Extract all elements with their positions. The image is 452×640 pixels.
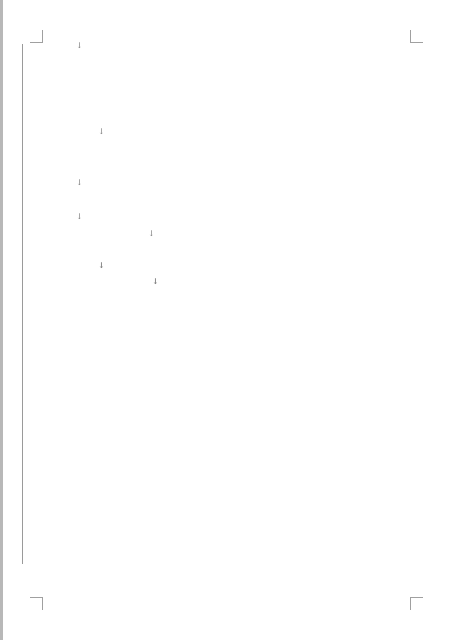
item-seven-line1: ↓ (75, 175, 83, 190)
item-six-title (75, 73, 76, 88)
margin-corner-top-left (30, 30, 43, 43)
item-five-line1: ↓ (75, 38, 83, 53)
margin-corner-top-right (410, 30, 423, 43)
item-eight-line3 (147, 243, 148, 258)
item-eight-line2: ↓ (147, 226, 155, 241)
item-seven-line2 (98, 192, 99, 207)
window-edge (0, 0, 3, 640)
margin-corner-bottom-right (410, 597, 423, 610)
item-six-sub2-line3 (108, 158, 109, 173)
notice-line1: ↓ (97, 258, 105, 272)
section-four-line2 (74, 338, 75, 353)
notice-line3 (151, 290, 152, 304)
item-six-sub2-line1: ↓ (97, 124, 105, 139)
item-six-sub1-line2 (108, 107, 109, 122)
notice-line2: ↓ (151, 274, 159, 288)
item-five-line2 (98, 55, 99, 70)
item-eight-line1: ↓ (75, 209, 83, 224)
notice-line4 (151, 306, 152, 320)
binding-line (22, 44, 23, 564)
margin-corner-bottom-left (30, 597, 43, 610)
